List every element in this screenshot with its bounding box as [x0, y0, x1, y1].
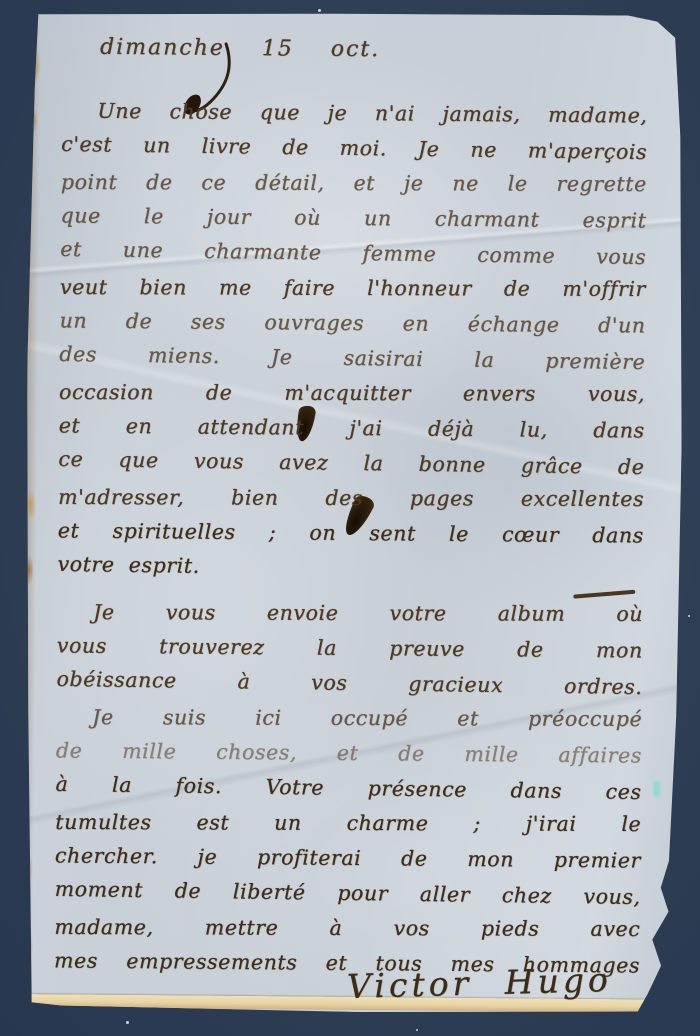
letter-page: dimanche 15 oct. Une chose que je n'ai j… — [22, 10, 687, 1015]
aged-left-edge — [22, 10, 46, 1009]
letter-text: dimanche 15 oct. Une chose que je n'ai j… — [54, 10, 649, 1007]
letter-date-line: dimanche 15 oct. — [100, 33, 648, 68]
letter-line: moment de liberté pour aller chez vous, — [54, 872, 640, 915]
letter-line: Je vous envoie votre album où — [57, 595, 643, 632]
letter-line: des miens. Je saisirai la première — [59, 337, 645, 380]
letter-line: m'adresser, bien des pages excellentes — [58, 480, 644, 517]
letter-line: madame, mettre à vos pieds avec — [54, 910, 640, 947]
letter-line: point de ce détail, et je ne le regrette — [61, 165, 647, 202]
photo-backdrop: dimanche 15 oct. Une chose que je n'ai j… — [0, 0, 700, 1036]
letter-line: obéissance à vos gracieux ordres. — [56, 662, 642, 705]
letter-line: c'est un livre de moi. Je ne m'aperçois — [61, 127, 647, 170]
letter-line: tumultes est un charme ; j'irai le — [55, 805, 641, 842]
dust-speck — [318, 9, 321, 12]
letter-line: Je suis ici occupé et préoccupé — [56, 700, 642, 737]
dust-speck — [416, 1029, 418, 1031]
letter-line: ce que vous avez la bonne grâce de — [58, 442, 644, 485]
letter-line: votre esprit. — [57, 547, 643, 590]
letter-line: occasion de m'acquitter envers vous, — [59, 375, 645, 412]
teal-mark — [654, 781, 660, 797]
letter-line: à la fois. Votre présence dans ces — [55, 767, 641, 810]
dust-speck — [126, 1021, 129, 1024]
letter-line: veut bien me faire l'honneur de m'offrir — [60, 270, 646, 307]
dust-speck — [688, 615, 690, 617]
letter-line: et une charmante femme comme vous — [60, 232, 646, 275]
